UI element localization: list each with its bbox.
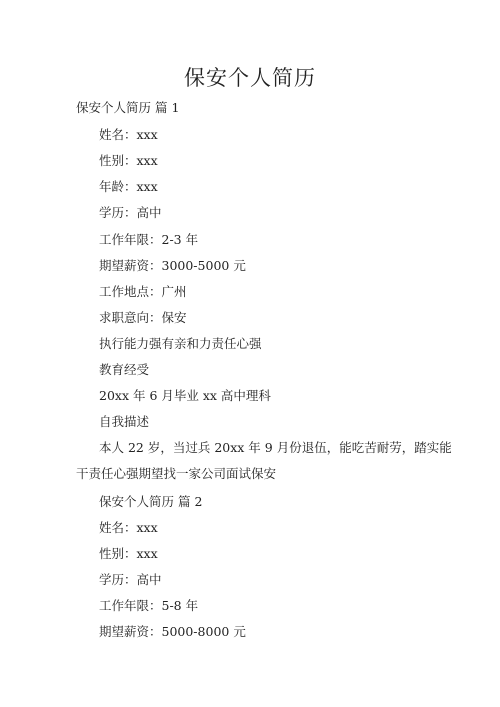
field-gender: 性别：xxx [99, 153, 158, 169]
field-job-intention: 求职意向：保安 [99, 310, 187, 326]
self-description-heading: 自我描述 [99, 414, 149, 430]
self-description-line-1: 本人 22 岁，当过兵 20xx 年 9 月份退伍，能吃苦耐劳，踏实能 [99, 440, 452, 456]
field-education-level: 学历：高中 [99, 205, 162, 221]
field-name: 姓名：xxx [99, 127, 158, 143]
self-description-line-2: 干责任心强期望找一家公司面试保安 [76, 466, 276, 482]
section-heading-2: 保安个人简历 篇 2 [99, 494, 202, 510]
field-name-2: 姓名：xxx [99, 520, 158, 536]
field-work-years-2: 工作年限：5-8 年 [99, 598, 198, 614]
field-expected-salary: 期望薪资：3000-5000 元 [99, 258, 246, 274]
field-expected-salary-2: 期望薪资：5000-8000 元 [99, 624, 246, 640]
education-heading: 教育经受 [99, 362, 149, 378]
field-gender-2: 性别：xxx [99, 546, 158, 562]
education-text: 20xx 年 6 月毕业 xx 高中理科 [99, 388, 271, 404]
strengths-text: 执行能力强有亲和力责任心强 [99, 336, 262, 352]
section-heading-1: 保安个人简历 篇 1 [76, 100, 179, 116]
field-education-level-2: 学历：高中 [99, 572, 162, 588]
field-work-location: 工作地点：广州 [99, 284, 187, 300]
field-work-years: 工作年限：2-3 年 [99, 232, 198, 248]
field-age: 年龄：xxx [99, 179, 158, 195]
document-title: 保安个人简历 [0, 62, 500, 92]
